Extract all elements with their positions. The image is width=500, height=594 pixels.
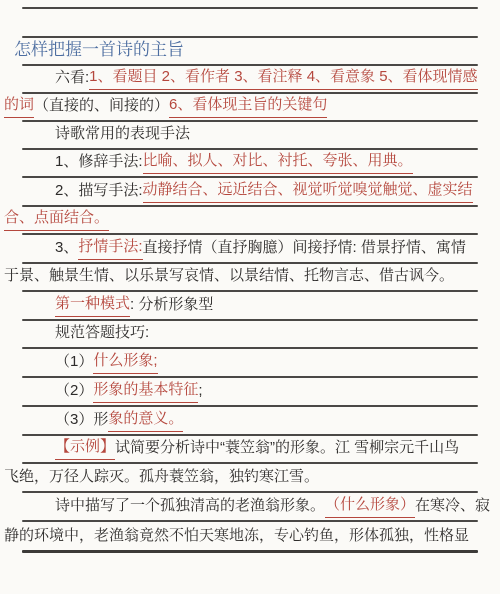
text-segment-red-underlined: （什么形象） — [325, 494, 415, 518]
text-segment-black: : 分析形象型 — [130, 294, 213, 317]
text-segment-red-underlined: 动静结合、远近结合、视觉听觉嗅觉触觉、虚实结 — [143, 179, 473, 203]
text-segment-black: （直接的、间接的） — [34, 95, 169, 118]
note-row: 于景、触景生情、以乐景写哀情、以景结情、托物言志、借古讽今。 — [4, 263, 454, 288]
note-row: （2）形象的基本特征; — [55, 378, 203, 403]
text-segment-black: 六看: — [55, 67, 89, 90]
text-segment-red-underlined: 合、点面结合。 — [4, 207, 109, 231]
text-segment-blue: 怎样把握一首诗的主旨 — [14, 39, 184, 62]
text-segment-black: 规范答题技巧: — [55, 322, 149, 345]
note-row: 第一种模式: 分析形象型 — [55, 292, 213, 317]
text-segment-red-underlined: 6、看体现主旨的关键句 — [169, 94, 327, 118]
note-title: 怎样把握一首诗的主旨 — [14, 37, 184, 62]
note-row: 2、描写手法: 动静结合、远近结合、视觉听觉嗅觉触觉、虚实结 — [55, 178, 473, 203]
text-segment-black: 2、描写手法: — [55, 180, 143, 203]
note-row: 【示例】试简要分析诗中“蓑笠翁”的形象。江 雪柳宗元千山鸟 — [55, 435, 459, 460]
text-segment-black: 在寒冷、寂 — [415, 495, 490, 518]
text-segment-red-underlined: 比喻、拟人、对比、衬托、夸张、用典。 — [143, 150, 413, 174]
text-segment-black: ; — [198, 380, 202, 403]
text-segment-red-underlined: 【示例】 — [55, 436, 115, 460]
text-segment-black: 诗中描写了一个孤独清高的老渔翁形象。 — [55, 495, 325, 518]
note-row: 1、修辞手法: 比喻、拟人、对比、衬托、夸张、用典。 — [55, 149, 413, 174]
note-row: （3）形象的意义。 — [55, 407, 183, 432]
text-segment-red-underlined: 抒情手法: — [78, 236, 142, 260]
text-segment-black: 直接抒情（直抒胸臆）间接抒情: 借景抒情、寓情 — [143, 237, 466, 260]
text-segment-black: 3、 — [55, 237, 78, 260]
note-row: 诗歌常用的表现手法 — [55, 121, 190, 146]
text-segment-red-underlined: 形象的基本特征 — [93, 379, 198, 403]
text-segment-red-underlined: 什么形象; — [93, 350, 157, 374]
note-row: （1）什么形象; — [55, 349, 158, 374]
text-segment-red-underlined: 第一种模式 — [55, 293, 130, 317]
text-segment-black: （1） — [55, 351, 93, 374]
ruled-line — [22, 7, 478, 9]
note-row: 飞绝，万径人踪灭。孤舟蓑笠翁，独钓寒江雪。 — [4, 464, 319, 489]
note-row: 诗中描写了一个孤独清高的老渔翁形象。（什么形象）在寒冷、寂 — [55, 493, 490, 518]
text-segment-black: （3）形 — [55, 409, 108, 432]
note-row: 3、抒情手法: 直接抒情（直抒胸臆）间接抒情: 借景抒情、寓情 — [55, 235, 466, 260]
note-row: 的词（直接的、间接的）6、看体现主旨的关键句 — [4, 93, 327, 118]
text-segment-red-underlined: 象的意义。 — [108, 408, 183, 432]
ruled-line — [22, 550, 478, 553]
text-segment-red-underlined: 的词 — [4, 94, 34, 118]
ruled-line — [22, 520, 478, 522]
text-segment-black: （2） — [55, 380, 93, 403]
text-segment-black: 飞绝，万径人踪灭。孤舟蓑笠翁，独钓寒江雪。 — [4, 466, 319, 489]
text-segment-red-underlined: 1、看题目 2、看作者 3、看注释 4、看意象 5、看体现情感 — [89, 66, 477, 90]
notebook-page: 怎样把握一首诗的主旨六看: 1、看题目 2、看作者 3、看注释 4、看意象 5、… — [0, 0, 500, 594]
text-segment-black: 静的环境中，老渔翁竟然不怕天寒地冻，专心钓鱼，形体孤独，性格显 — [4, 525, 469, 548]
text-segment-black: 诗歌常用的表现手法 — [55, 123, 190, 146]
text-segment-black: 于景、触景生情、以乐景写哀情、以景结情、托物言志、借古讽今。 — [4, 265, 454, 288]
note-row: 规范答题技巧: — [55, 320, 149, 345]
note-row: 合、点面结合。 — [4, 206, 109, 231]
text-segment-black: 1、修辞手法: — [55, 151, 143, 174]
note-row: 六看: 1、看题目 2、看作者 3、看注释 4、看意象 5、看体现情感 — [55, 65, 478, 90]
text-segment-black: 试简要分析诗中“蓑笠翁”的形象。江 雪柳宗元千山鸟 — [115, 437, 459, 460]
note-row: 静的环境中，老渔翁竟然不怕天寒地冻，专心钓鱼，形体孤独，性格显 — [4, 523, 469, 548]
